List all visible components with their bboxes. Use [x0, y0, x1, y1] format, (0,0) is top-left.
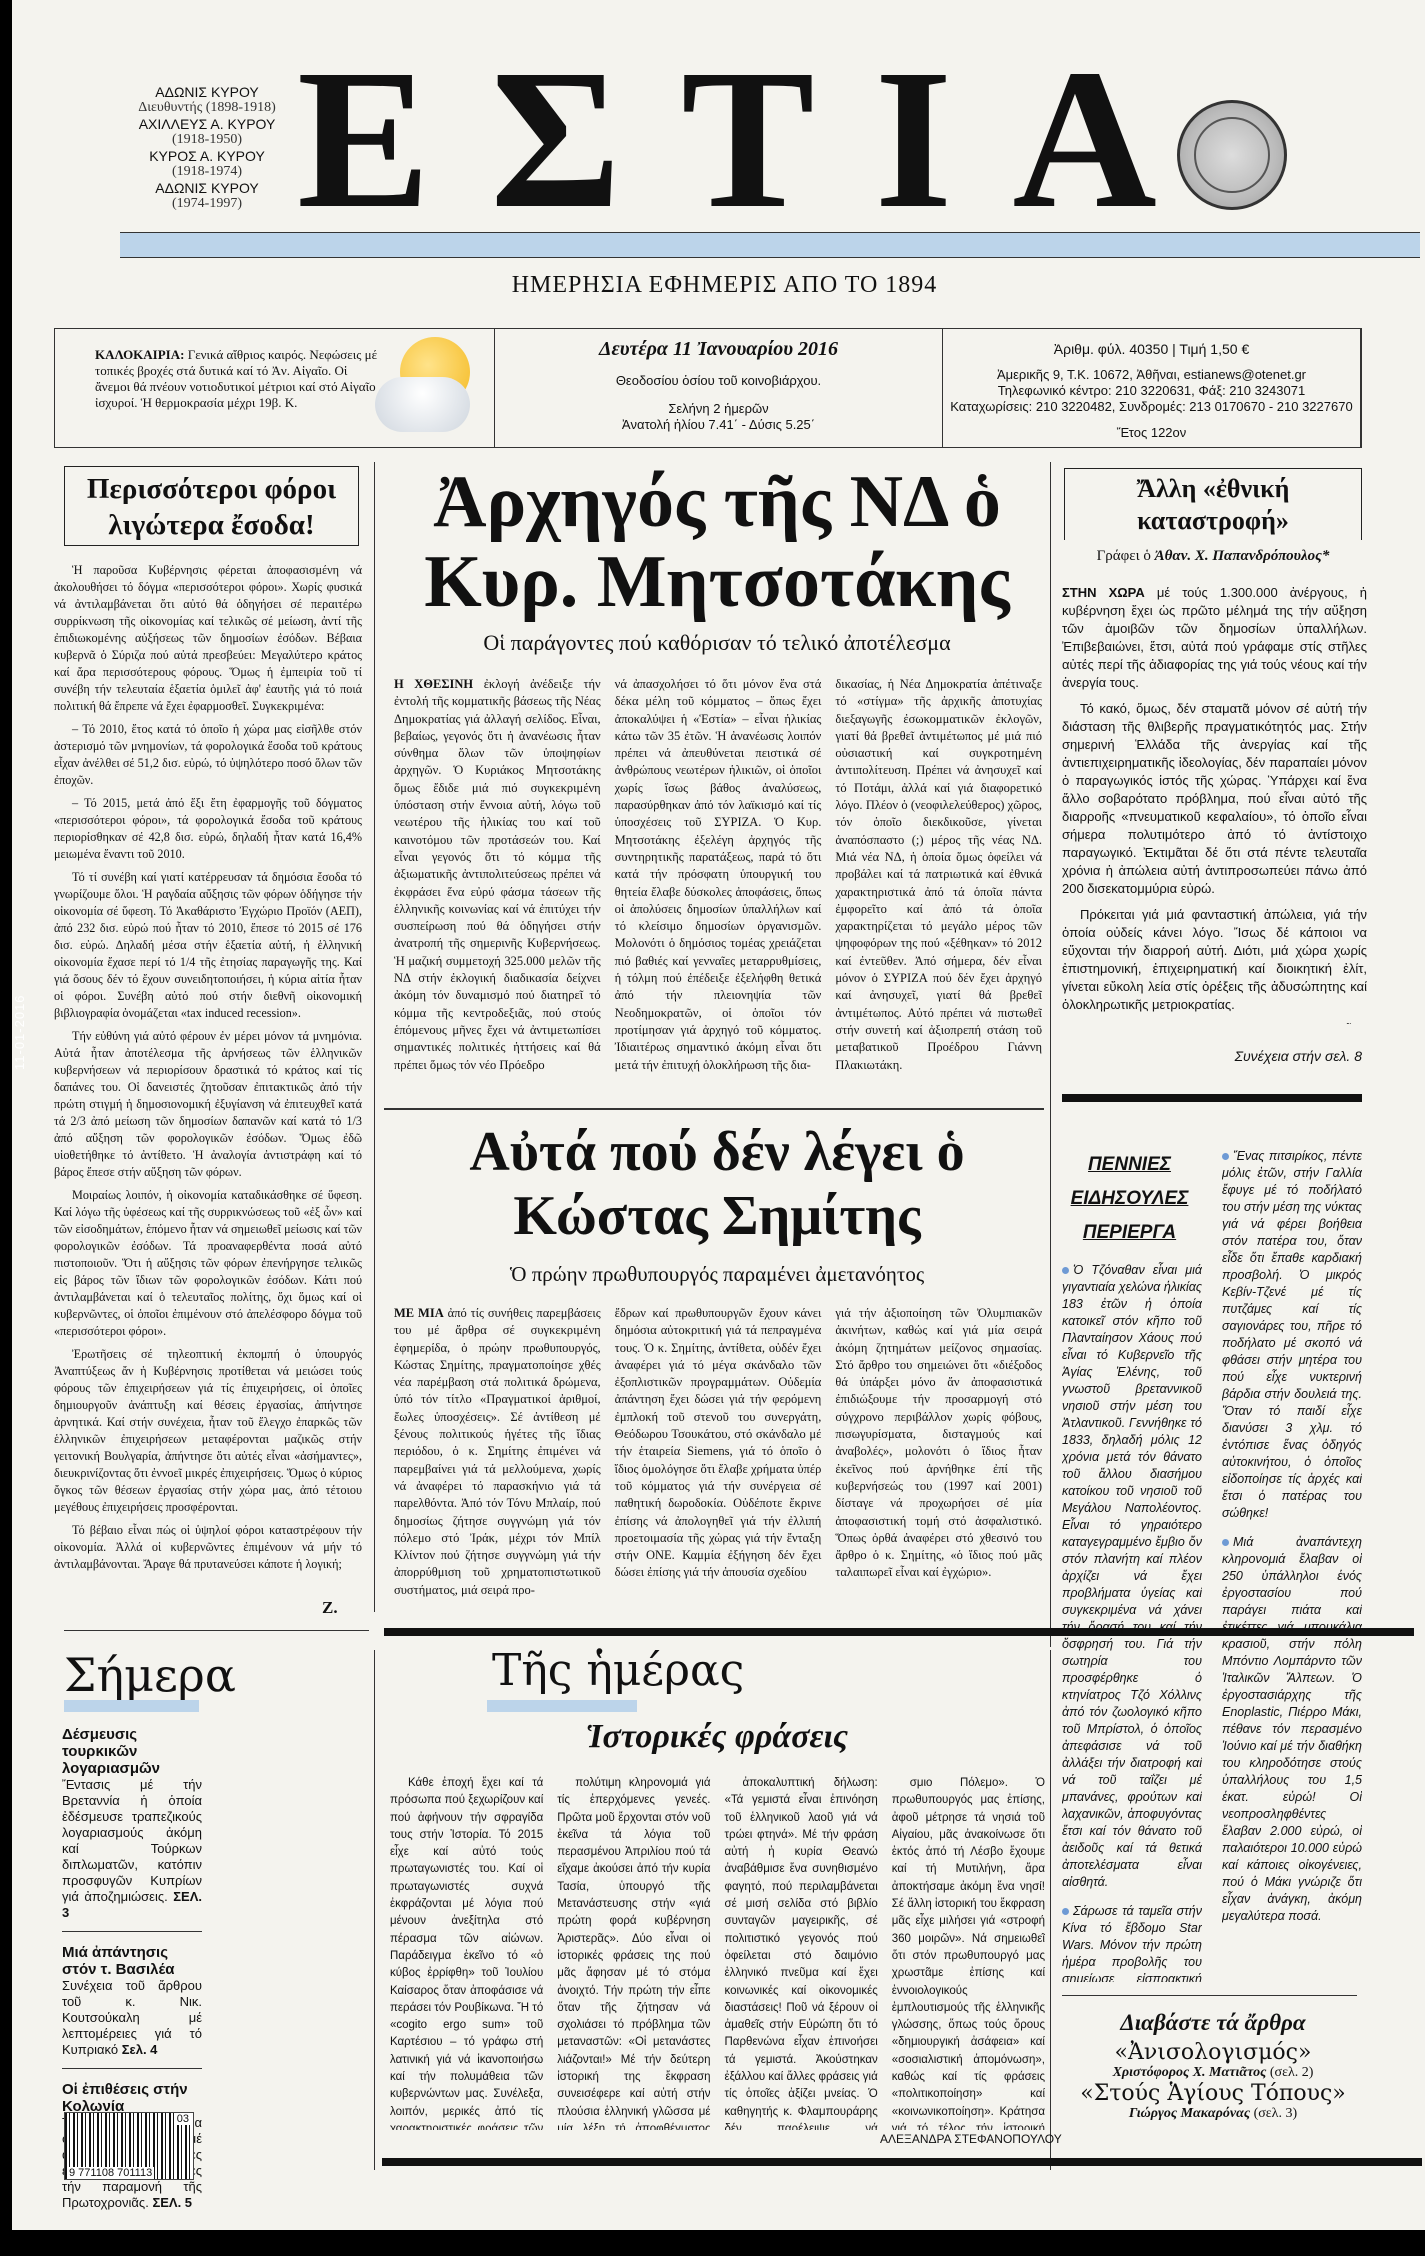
pennies-col-1: Ὁ Τζόναθαν εἶναι μιά γιγαντιαία χελώνα ἡ…	[1062, 1262, 1202, 1982]
pennies-col-2: Ἕνας πιτσιρίκος, πέντε μόλις ἐτῶν, στήν …	[1222, 1148, 1362, 1982]
divider	[382, 2158, 1422, 2166]
divider	[384, 1108, 1044, 1110]
phone: Τηλεφωνικό κέντρο: 210 3220631, Φάξ: 210…	[943, 383, 1360, 399]
year-of-publication: Ἔτος 122ον	[943, 425, 1360, 441]
divider	[64, 1630, 369, 1631]
lead-headline: Ἀρχηγός τῆς ΝΔ ὁ Κυρ. Μητσοτάκης	[392, 462, 1042, 622]
founder-name: ΑΔΩΝΙΣ ΚΥΡΟΥ	[122, 84, 292, 100]
side-date: 11-01-2016	[12, 994, 27, 1070]
simera-item[interactable]: Μιά ἀπάντησις στόν τ. Βασιλέα Συνέχεια τ…	[62, 1944, 202, 2069]
date-cell: Δευτέρα 11 Ἰανουαρίου 2016 Θεοδοσίου ὁσί…	[495, 329, 943, 447]
weather-label: ΚΑΛΟΚΑΙΡΙΑ:	[95, 347, 184, 362]
bullet-icon	[1062, 1908, 1069, 1915]
founder-years: Διευθυντής (1898-1918)	[122, 100, 292, 116]
bullet-icon	[1222, 1153, 1229, 1160]
moon-phase: Σελήνη 2 ἡμερῶν	[495, 401, 942, 417]
column-divider	[374, 462, 375, 1612]
bullet-icon	[1062, 1267, 1069, 1274]
lead-deck: Οἱ παράγοντες πού καθόρισαν τό τελικό ἀπ…	[392, 630, 1042, 656]
read-article-author: Γιώργος Μακαρόνας	[1129, 2106, 1250, 2121]
simera-item[interactable]: Δέσμευσις τουρκικῶν λογαριασμῶν Ἔντασις …	[62, 1726, 202, 1932]
weather-cell: ΚΑΛΟΚΑΙΡΙΑ: Γενικά αἴθριος καιρός. Νεφώσ…	[55, 329, 495, 447]
founder-name: ΚΥΡΟΣ Α. ΚΥΡΟΥ	[122, 148, 292, 164]
founders-list: ΑΔΩΝΙΣ ΚΥΡΟΥ Διευθυντής (1898-1918) ΑΧΙΛ…	[122, 84, 292, 212]
sunrise-sunset: Ἀνατολή ἡλίου 7.41΄ - Δύσις 5.25΄	[495, 417, 942, 433]
newspaper-front-page: ΑΔΩΝΙΣ ΚΥΡΟΥ Διευθυντής (1898-1918) ΑΧΙΛ…	[12, 0, 1425, 2230]
second-deck: Ὁ πρώην πρωθυπουργός παραμένει ἀμετανόητ…	[392, 1262, 1042, 1287]
cloud-icon	[375, 377, 470, 432]
founder-name: ΑΔΩΝΙΣ ΚΥΡΟΥ	[122, 180, 292, 196]
info-box: ΚΑΛΟΚΑΙΡΙΑ: Γενικά αἴθριος καιρός. Νεφώσ…	[54, 328, 1362, 448]
founder-name: ΑΧΙΛΛΕΥΣ Α. ΚΥΡΟΥ	[122, 116, 292, 132]
masthead-title: ΕΣΤΙΑ	[297, 60, 1127, 220]
tis-imeras-headline: Ἱστορικές φράσεις	[392, 1718, 1042, 1756]
read-article-title[interactable]: «Στούς Ἁγίους Τόπους»	[1058, 2081, 1368, 2106]
read-article-author: Χριστόφορος Χ. Ματιᾶτος	[1113, 2065, 1267, 2080]
opinion-author: Ἀθαν. Χ. Παπανδρόπουλος*	[1155, 548, 1330, 564]
lead-story-body: Η ΧΘΕΣΙΝΗ ἐκλογή ἀνέδειξε τήν ἐντολή τῆς…	[394, 676, 1042, 1101]
tis-imeras-body: Κάθε ἐποχή ἔχει καί τά πρόσωπα πού ξεχωρ…	[390, 1775, 1045, 2130]
estia-seal-icon	[1177, 100, 1287, 210]
barcode: 9 771108 701113 03	[64, 2112, 194, 2180]
read-articles-title: Διαβάστε τά ἄρθρα	[1058, 2010, 1368, 2036]
editorial-headline: Περισσότεροι φόροι λιγώτερα ἔσοδα!	[64, 466, 359, 546]
divider	[1062, 1995, 1357, 1996]
column-divider	[1050, 462, 1051, 1647]
simera-blue-bar	[64, 1700, 199, 1712]
masthead-blue-bar	[120, 232, 1420, 258]
pennies-title: ΠΕΝΝΙΕΣ ΕΙΔΗΣΟΥΛΕΣ ΠΕΡΙΕΡΓΑ	[1062, 1148, 1197, 1250]
founder-years: (1974-1997)	[122, 196, 292, 212]
founder-years: (1918-1974)	[122, 164, 292, 180]
opinion-byline: Γράφει ὁ Ἀθαν. Χ. Παπανδρόπουλος*	[1058, 548, 1368, 565]
tis-imeras-blue-bar	[487, 1700, 637, 1712]
opinion-headline: Ἄλλη «ἐθνική καταστροφή»	[1064, 468, 1362, 540]
masthead-subtitle: ΗΜΕΡΗΣΙΑ ΕΦΗΜΕΡΙΣ ΑΠΟ ΤΟ 1894	[112, 272, 1337, 299]
column-divider	[1050, 1650, 1051, 2170]
read-articles-box: Διαβάστε τά ἄρθρα «Ἀνισολογισμός» Χριστό…	[1058, 2010, 1368, 2122]
bullet-icon	[1222, 1539, 1229, 1546]
editorial-signature: Ζ.	[322, 1598, 338, 1618]
continued-link[interactable]: Συνέχεια στήν σελ. 8	[1062, 1048, 1362, 1064]
ads-subscriptions: Καταχωρίσεις: 210 3220482, Συνδρομές: 21…	[943, 399, 1360, 415]
column-divider	[374, 1650, 375, 2170]
editorial-body: Ἡ παροῦσα Κυβέρνησις φέρεται ἀποφασισμέν…	[54, 562, 362, 1579]
issue-date: Δευτέρα 11 Ἰανουαρίου 2016	[495, 341, 942, 357]
divider	[1062, 1094, 1362, 1102]
simera-title: Σήμερα	[64, 1648, 236, 1702]
opinion-body: ΣΤΗΝ ΧΩΡΑ μέ τούς 1.300.000 ἀνέργους, ἡ …	[1062, 584, 1367, 1024]
saint-of-day: Θεοδοσίου ὁσίου τοῦ κοινοβιάρχου.	[495, 373, 942, 389]
read-article-title[interactable]: «Ἀνισολογισμός»	[1058, 2040, 1368, 2065]
founder-years: (1918-1950)	[122, 132, 292, 148]
tis-imeras-author: ΑΛΕΞΑΝΔΡΑ ΣΤΕΦΑΝΟΠΟΥΛΟΥ	[880, 2132, 1062, 2146]
address: Ἀμερικῆς 9, Τ.Κ. 10672, Ἀθῆναι, estianew…	[943, 367, 1360, 383]
issue-number-price: Ἀριθμ. φύλ. 40350 | Τιμή 1,50 €	[943, 341, 1360, 357]
contact-cell: Ἀριθμ. φύλ. 40350 | Τιμή 1,50 € Ἀμερικῆς…	[943, 329, 1361, 447]
second-story-body: ΜΕ ΜΙΑ ἀπό τίς συνήθεις παρεμβάσεις του …	[394, 1305, 1042, 1615]
tis-imeras-title: Τῆς ἡμέρας	[492, 1645, 744, 1696]
second-headline: Αὐτά πού δέν λέγει ὁ Κώστας Σημίτης	[392, 1120, 1042, 1248]
